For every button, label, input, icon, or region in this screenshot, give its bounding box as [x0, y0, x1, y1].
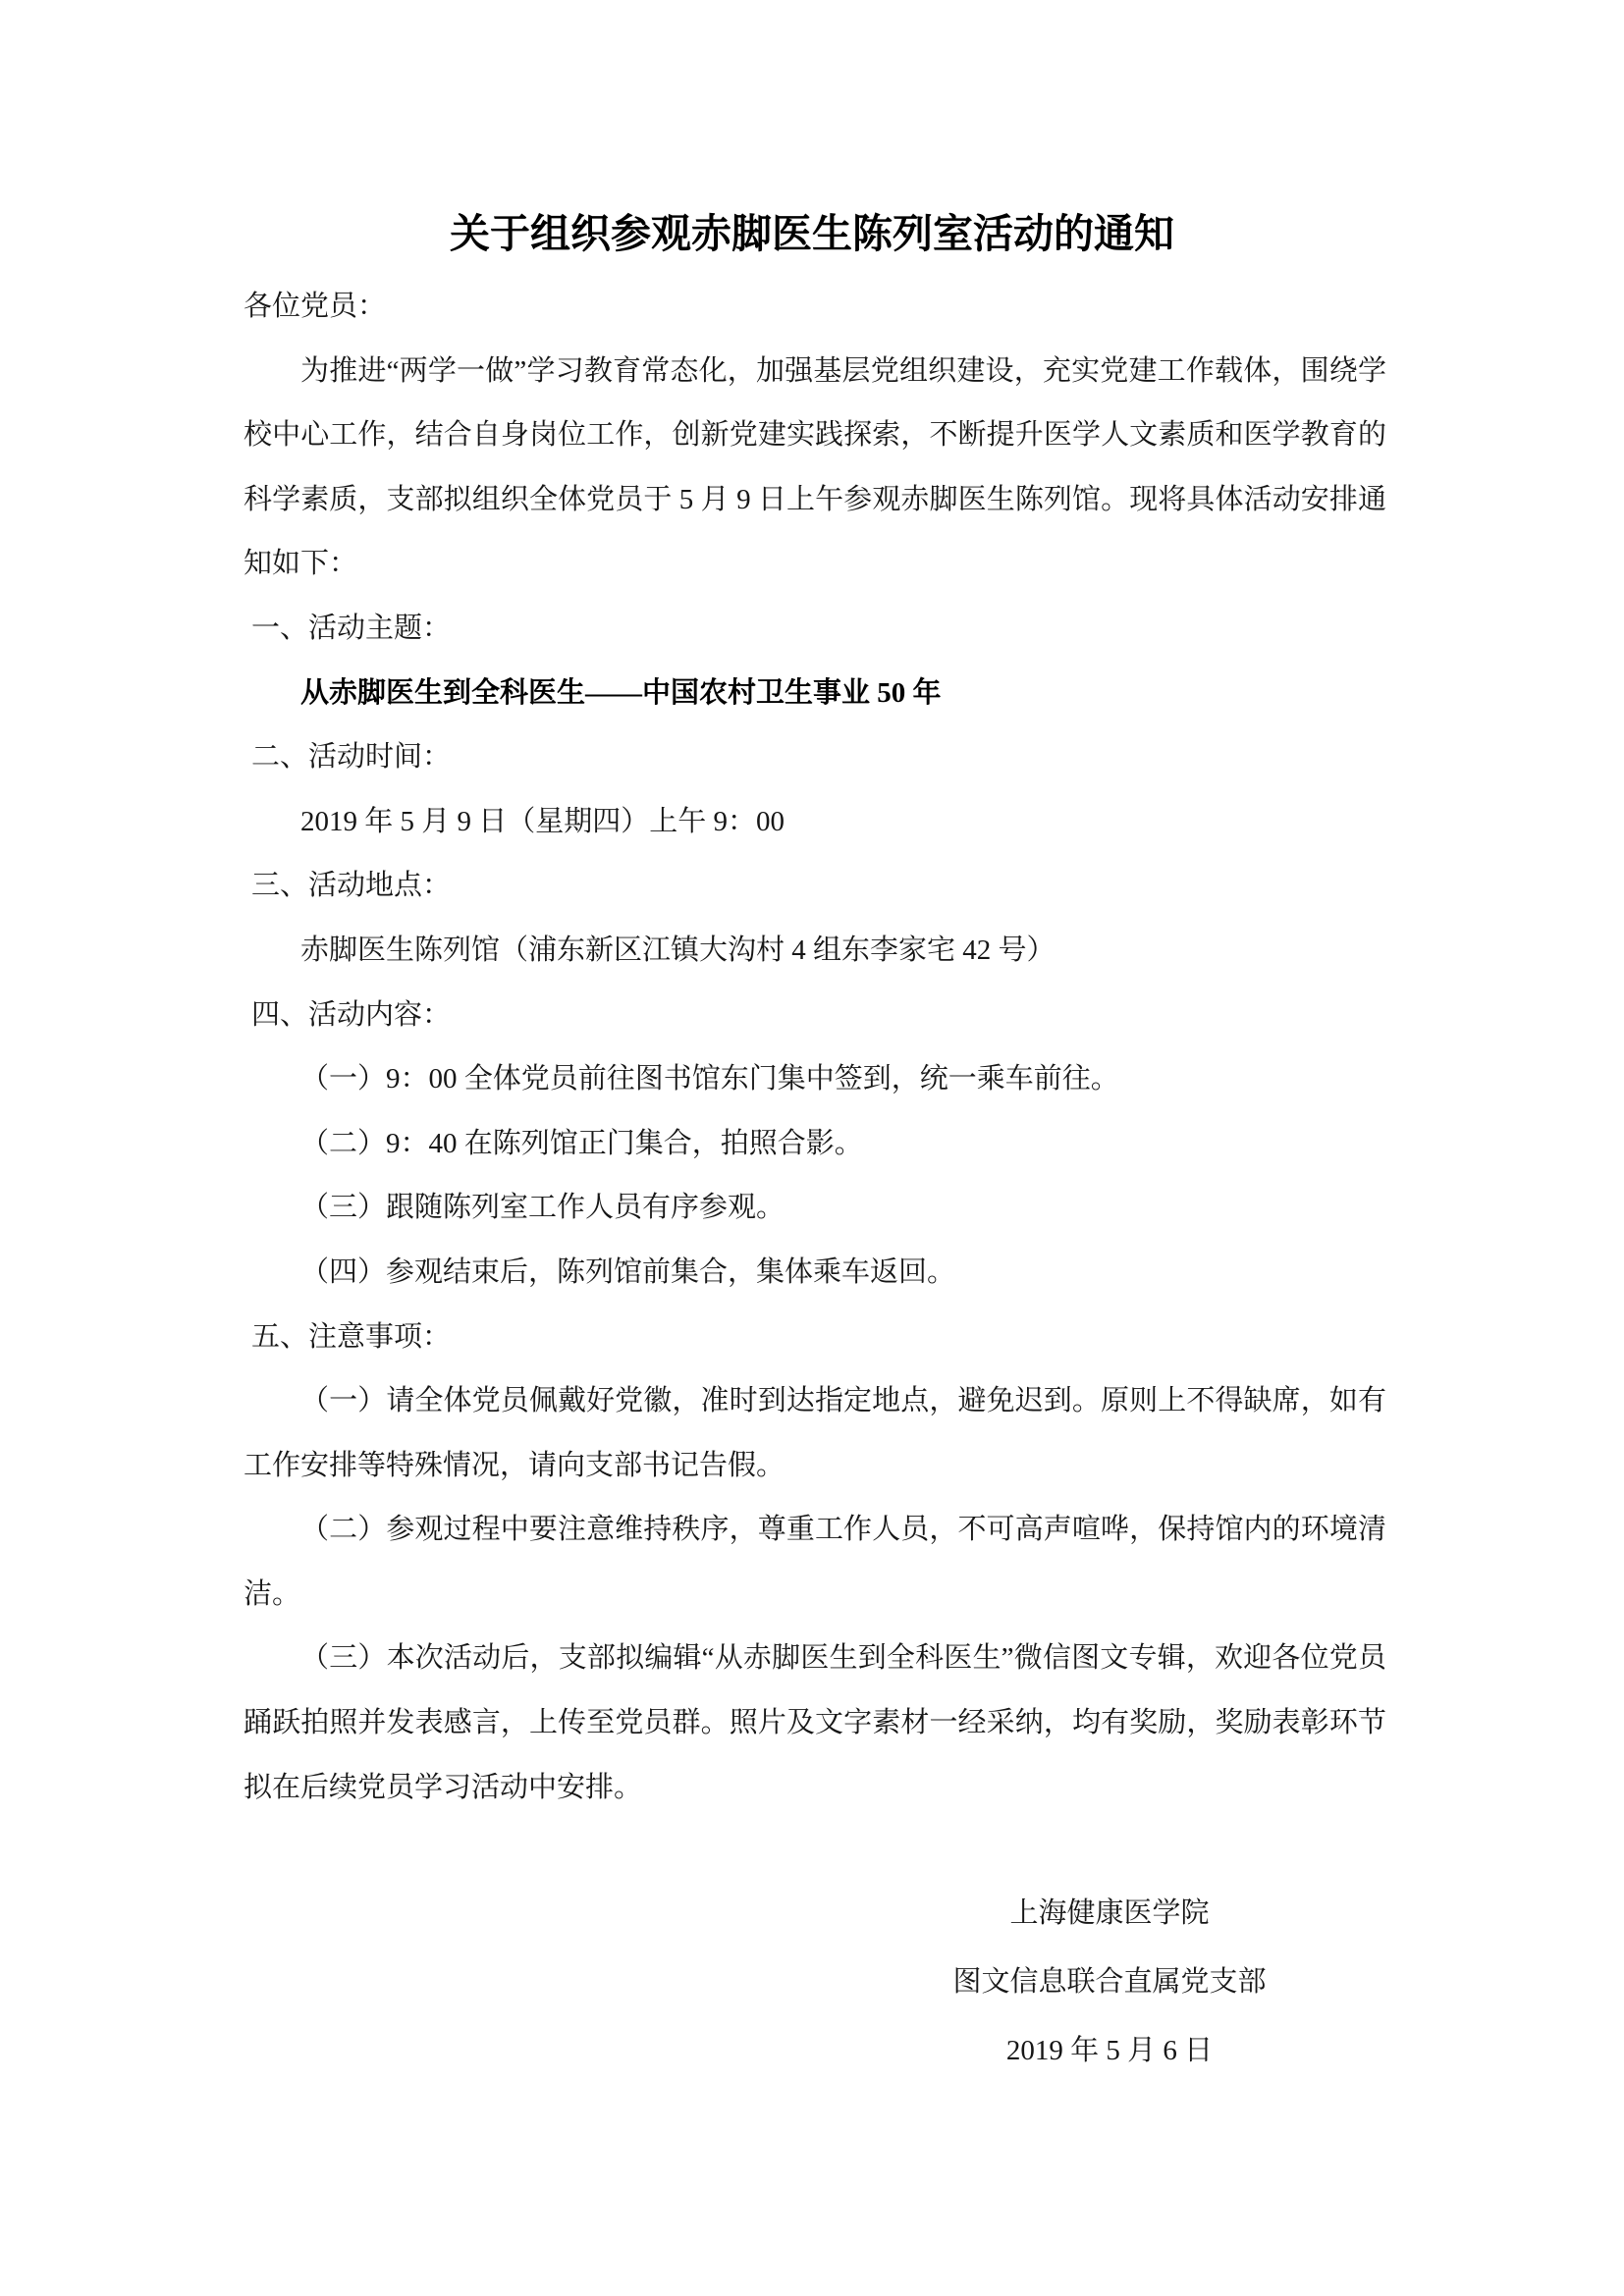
- theme-line: 从赤脚医生到全科医生——中国农村卫生事业 50 年: [244, 662, 1386, 726]
- section-2-heading: 二、活动时间：: [244, 725, 1386, 790]
- signature-block: 上海健康医学院 图文信息联合直属党支部 2019 年 5 月 6 日: [903, 1879, 1316, 2085]
- document-body: 各位党员： 为推进“两学一做”学习教育常态化，加强基层党组织建设，充实党建工作载…: [244, 275, 1386, 2085]
- signature-date: 2019 年 5 月 6 日: [903, 2016, 1316, 2085]
- salutation: 各位党员：: [244, 275, 1386, 340]
- agenda-item-2: （二）9：40 在陈列馆正门集合，拍照合影。: [244, 1112, 1386, 1177]
- notice-item-2: （二）参观过程中要注意维持秩序，尊重工作人员，不可高声喧哗，保持馆内的环境清洁。: [244, 1498, 1386, 1627]
- agenda-item-4: （四）参观结束后，陈列馆前集合，集体乘车返回。: [244, 1241, 1386, 1306]
- section-5-heading: 五、注意事项：: [244, 1306, 1386, 1370]
- section-3-heading: 三、活动地点：: [244, 854, 1386, 919]
- event-time-line: 2019 年 5 月 9 日（星期四）上午 9：00: [244, 790, 1386, 855]
- document-page: 关于组织参观赤脚医生陈列室活动的通知 各位党员： 为推进“两学一做”学习教育常态…: [0, 0, 1624, 2296]
- section-4-heading: 四、活动内容：: [244, 984, 1386, 1048]
- section-1-heading: 一、活动主题：: [244, 597, 1386, 662]
- agenda-item-1: （一）9：00 全体党员前往图书馆东门集中签到，统一乘车前往。: [244, 1047, 1386, 1112]
- event-location-line: 赤脚医生陈列馆（浦东新区江镇大沟村 4 组东李家宅 42 号）: [244, 919, 1386, 984]
- notice-item-1: （一）请全体党员佩戴好党徽，准时到达指定地点，避免迟到。原则上不得缺席，如有工作…: [244, 1369, 1386, 1498]
- signature-org: 上海健康医学院: [903, 1879, 1316, 1948]
- intro-paragraph: 为推进“两学一做”学习教育常态化，加强基层党组织建设，充实党建工作载体，围绕学校…: [244, 340, 1386, 597]
- notice-item-3: （三）本次活动后，支部拟编辑“从赤脚医生到全科医生”微信图文专辑，欢迎各位党员踊…: [244, 1627, 1386, 1820]
- agenda-item-3: （三）跟随陈列室工作人员有序参观。: [244, 1176, 1386, 1241]
- signature-branch: 图文信息联合直属党支部: [903, 1948, 1316, 2016]
- document-title: 关于组织参观赤脚医生陈列室活动的通知: [0, 210, 1624, 258]
